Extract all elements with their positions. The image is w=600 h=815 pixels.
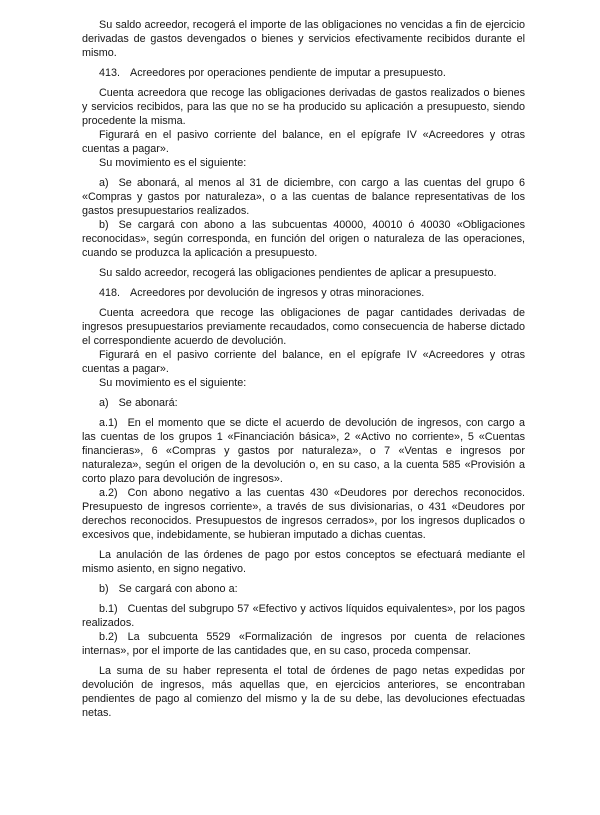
document-body: Su saldo acreedor, recogerá el importe d… [82, 0, 525, 720]
item-marker: b) [99, 583, 119, 595]
list-paragraph: a)Se abonará: [82, 396, 525, 410]
paragraph: Su movimiento es el siguiente: [82, 156, 525, 170]
paragraph: Cuenta acreedora que recoge las obligaci… [82, 86, 525, 128]
paragraph: La suma de su haber representa el total … [82, 664, 525, 720]
item-marker: b) [99, 219, 119, 231]
item-marker: 418. [99, 287, 130, 299]
item-marker: b.1) [99, 603, 128, 615]
paragraph: La anulación de las órdenes de pago por … [82, 548, 525, 576]
list-paragraph: b.2)La subcuenta 5529 «Formalización de … [82, 630, 525, 658]
item-marker: 413. [99, 67, 130, 79]
item-marker: a) [99, 177, 119, 189]
list-paragraph: b)Se cargará con abono a las subcuentas … [82, 218, 525, 260]
item-marker: a.2) [99, 487, 128, 499]
paragraph: Figurará en el pasivo corriente del bala… [82, 348, 525, 376]
list-paragraph: a)Se abonará, al menos al 31 de diciembr… [82, 176, 525, 218]
item-marker: a) [99, 397, 119, 409]
paragraph: Su saldo acreedor, recogerá el importe d… [82, 18, 525, 60]
list-paragraph: a.1)En el momento que se dicte el acuerd… [82, 416, 525, 486]
item-marker: a.1) [99, 417, 128, 429]
section-heading: 413.Acreedores por operaciones pendiente… [82, 66, 525, 80]
list-paragraph: b.1)Cuentas del subgrupo 57 «Efectivo y … [82, 602, 525, 630]
paragraph: Figurará en el pasivo corriente del bala… [82, 128, 525, 156]
paragraph: Su saldo acreedor, recogerá las obligaci… [82, 266, 525, 280]
list-paragraph: b)Se cargará con abono a: [82, 582, 525, 596]
list-paragraph: a.2)Con abono negativo a las cuentas 430… [82, 486, 525, 542]
paragraph: Su movimiento es el siguiente: [82, 376, 525, 390]
section-heading: 418.Acreedores por devolución de ingreso… [82, 286, 525, 300]
paragraph: Cuenta acreedora que recoge las obligaci… [82, 306, 525, 348]
item-marker: b.2) [99, 631, 128, 643]
document-page: Su saldo acreedor, recogerá el importe d… [0, 0, 600, 815]
